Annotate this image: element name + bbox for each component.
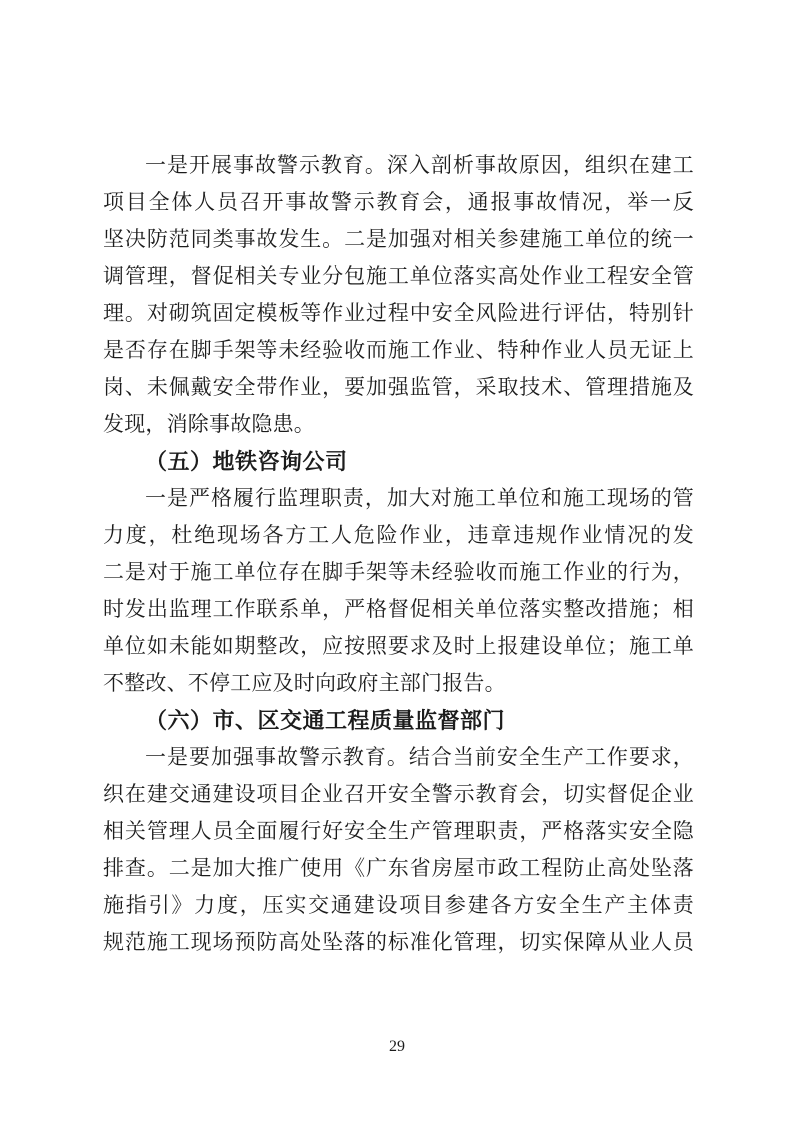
text-line: 坚决防范同类事故发生。二是加强对相关参建施工单位的统一协 (103, 221, 694, 258)
text-line: 二是对于施工单位存在脚手架等未经验收而施工作业的行为，及 (103, 554, 694, 591)
page-number: 29 (389, 1038, 405, 1055)
text-line: 岗、未佩戴安全带作业，要加强监管，采取技术、管理措施及时 (103, 369, 694, 406)
paragraph-accident-education: 一是开展事故警示教育。深入剖析事故原因，组织在建工地 项目全体人员召开事故警示教… (103, 147, 694, 443)
text-line: 排查。二是加大推广使用《广东省房屋市政工程防止高处坠落措 (103, 850, 694, 887)
section-heading-5-metro-consulting: （五）地铁咨询公司 (103, 443, 694, 480)
text-line: 规范施工现场预防高处坠落的标准化管理，切实保障从业人员的 (103, 924, 694, 961)
section-heading-6-quality-supervision-dept: （六）市、区交通工程质量监督部门 (103, 702, 694, 739)
text-line: 一是开展事故警示教育。深入剖析事故原因，组织在建工地 (103, 147, 694, 184)
text-line: 发现，消除事故隐患。 (103, 406, 694, 443)
text-line: 理。对砌筑固定模板等作业过程中安全风险进行评估，特别针对 (103, 295, 694, 332)
text-line: 是否存在脚手架等未经验收而施工作业、特种作业人员无证上 (103, 332, 694, 369)
text-line: 一是严格履行监理职责，加大对施工单位和施工现场的管理 (103, 480, 694, 517)
text-line: 不整改、不停工应及时向政府主部门报告。 (103, 665, 694, 702)
text-line: 施指引》力度，压实交通建设项目参建各方安全生产主体责任， (103, 887, 694, 924)
paragraph-traffic-quality-supervision: 一是要加强事故警示教育。结合当前安全生产工作要求，组 织在建交通建设项目企业召开… (103, 739, 694, 961)
text-line: 单位如未能如期整改，应按照要求及时上报建设单位；施工单位 (103, 628, 694, 665)
document-page: 一是开展事故警示教育。深入剖析事故原因，组织在建工地 项目全体人员召开事故警示教… (0, 0, 794, 1123)
text-line: 时发出监理工作联系单，严格督促相关单位落实整改措施；相关 (103, 591, 694, 628)
text-line: 项目全体人员召开事故警示教育会，通报事故情况，举一反三， (103, 184, 694, 221)
text-line: 相关管理人员全面履行好安全生产管理职责，严格落实安全隐患 (103, 813, 694, 850)
text-line: 力度，杜绝现场各方工人危险作业，违章违规作业情况的发生。 (103, 517, 694, 554)
document-body: 一是开展事故警示教育。深入剖析事故原因，组织在建工地 项目全体人员召开事故警示教… (103, 147, 694, 961)
text-line: 织在建交通建设项目企业召开安全警示教育会，切实督促企业及 (103, 776, 694, 813)
text-line: 一是要加强事故警示教育。结合当前安全生产工作要求，组 (103, 739, 694, 776)
paragraph-supervision-duty: 一是严格履行监理职责，加大对施工单位和施工现场的管理 力度，杜绝现场各方工人危险… (103, 480, 694, 702)
page-footer: 29 (0, 1036, 794, 1058)
text-line: 调管理，督促相关专业分包施工单位落实高处作业工程安全管 (103, 258, 694, 295)
